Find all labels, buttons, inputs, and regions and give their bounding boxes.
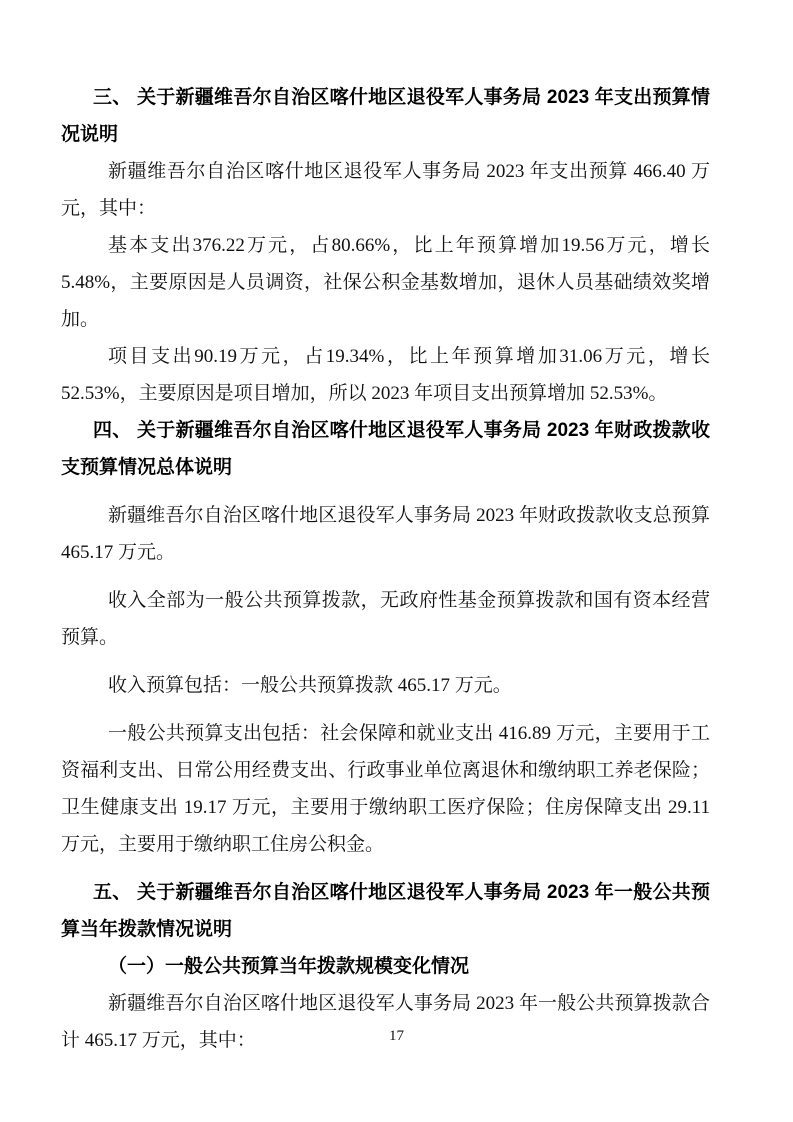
paragraph-income-budget: 收入预算包括：一般公共预算拨款 465.17 万元。	[61, 667, 710, 704]
paragraph-income-source: 收入全部为一般公共预算拨款，无政府性基金预算拨款和国有资本经营预算。	[61, 582, 710, 656]
document-body: 三、 关于新疆维吾尔自治区喀什地区退役军人事务局 2023 年支出预算情况说明 …	[61, 79, 710, 1059]
section-heading-3: 三、 关于新疆维吾尔自治区喀什地区退役军人事务局 2023 年支出预算情况说明	[61, 79, 710, 153]
subsection-heading-5-1: （一）一般公共预算当年拨款规模变化情况	[61, 948, 710, 985]
section-heading-5: 五、 关于新疆维吾尔自治区喀什地区退役军人事务局 2023 年一般公共预算当年拨…	[61, 874, 710, 948]
paragraph-allocation-total: 新疆维吾尔自治区喀什地区退役军人事务局 2023 年一般公共预算拨款合计 465…	[61, 985, 710, 1059]
paragraph-expenditure-total: 新疆维吾尔自治区喀什地区退役军人事务局 2023 年支出预算 466.40 万元…	[61, 153, 710, 227]
paragraph-public-budget-expenditure: 一般公共预算支出包括：社会保障和就业支出 416.89 万元，主要用于工资福利支…	[61, 715, 710, 863]
paragraph-fiscal-total: 新疆维吾尔自治区喀什地区退役军人事务局 2023 年财政拨款收支总预算 465.…	[61, 497, 710, 571]
paragraph-basic-expenditure: 基本支出376.22万元，占80.66%，比上年预算增加19.56万元，增长5.…	[61, 227, 710, 338]
paragraph-project-expenditure: 项目支出90.19万元，占19.34%，比上年预算增加31.06万元，增长52.…	[61, 338, 710, 412]
section-heading-4: 四、 关于新疆维吾尔自治区喀什地区退役军人事务局 2023 年财政拨款收支预算情…	[61, 412, 710, 486]
page-number: 17	[0, 1028, 793, 1045]
document-page: 三、 关于新疆维吾尔自治区喀什地区退役军人事务局 2023 年支出预算情况说明 …	[0, 0, 793, 1122]
